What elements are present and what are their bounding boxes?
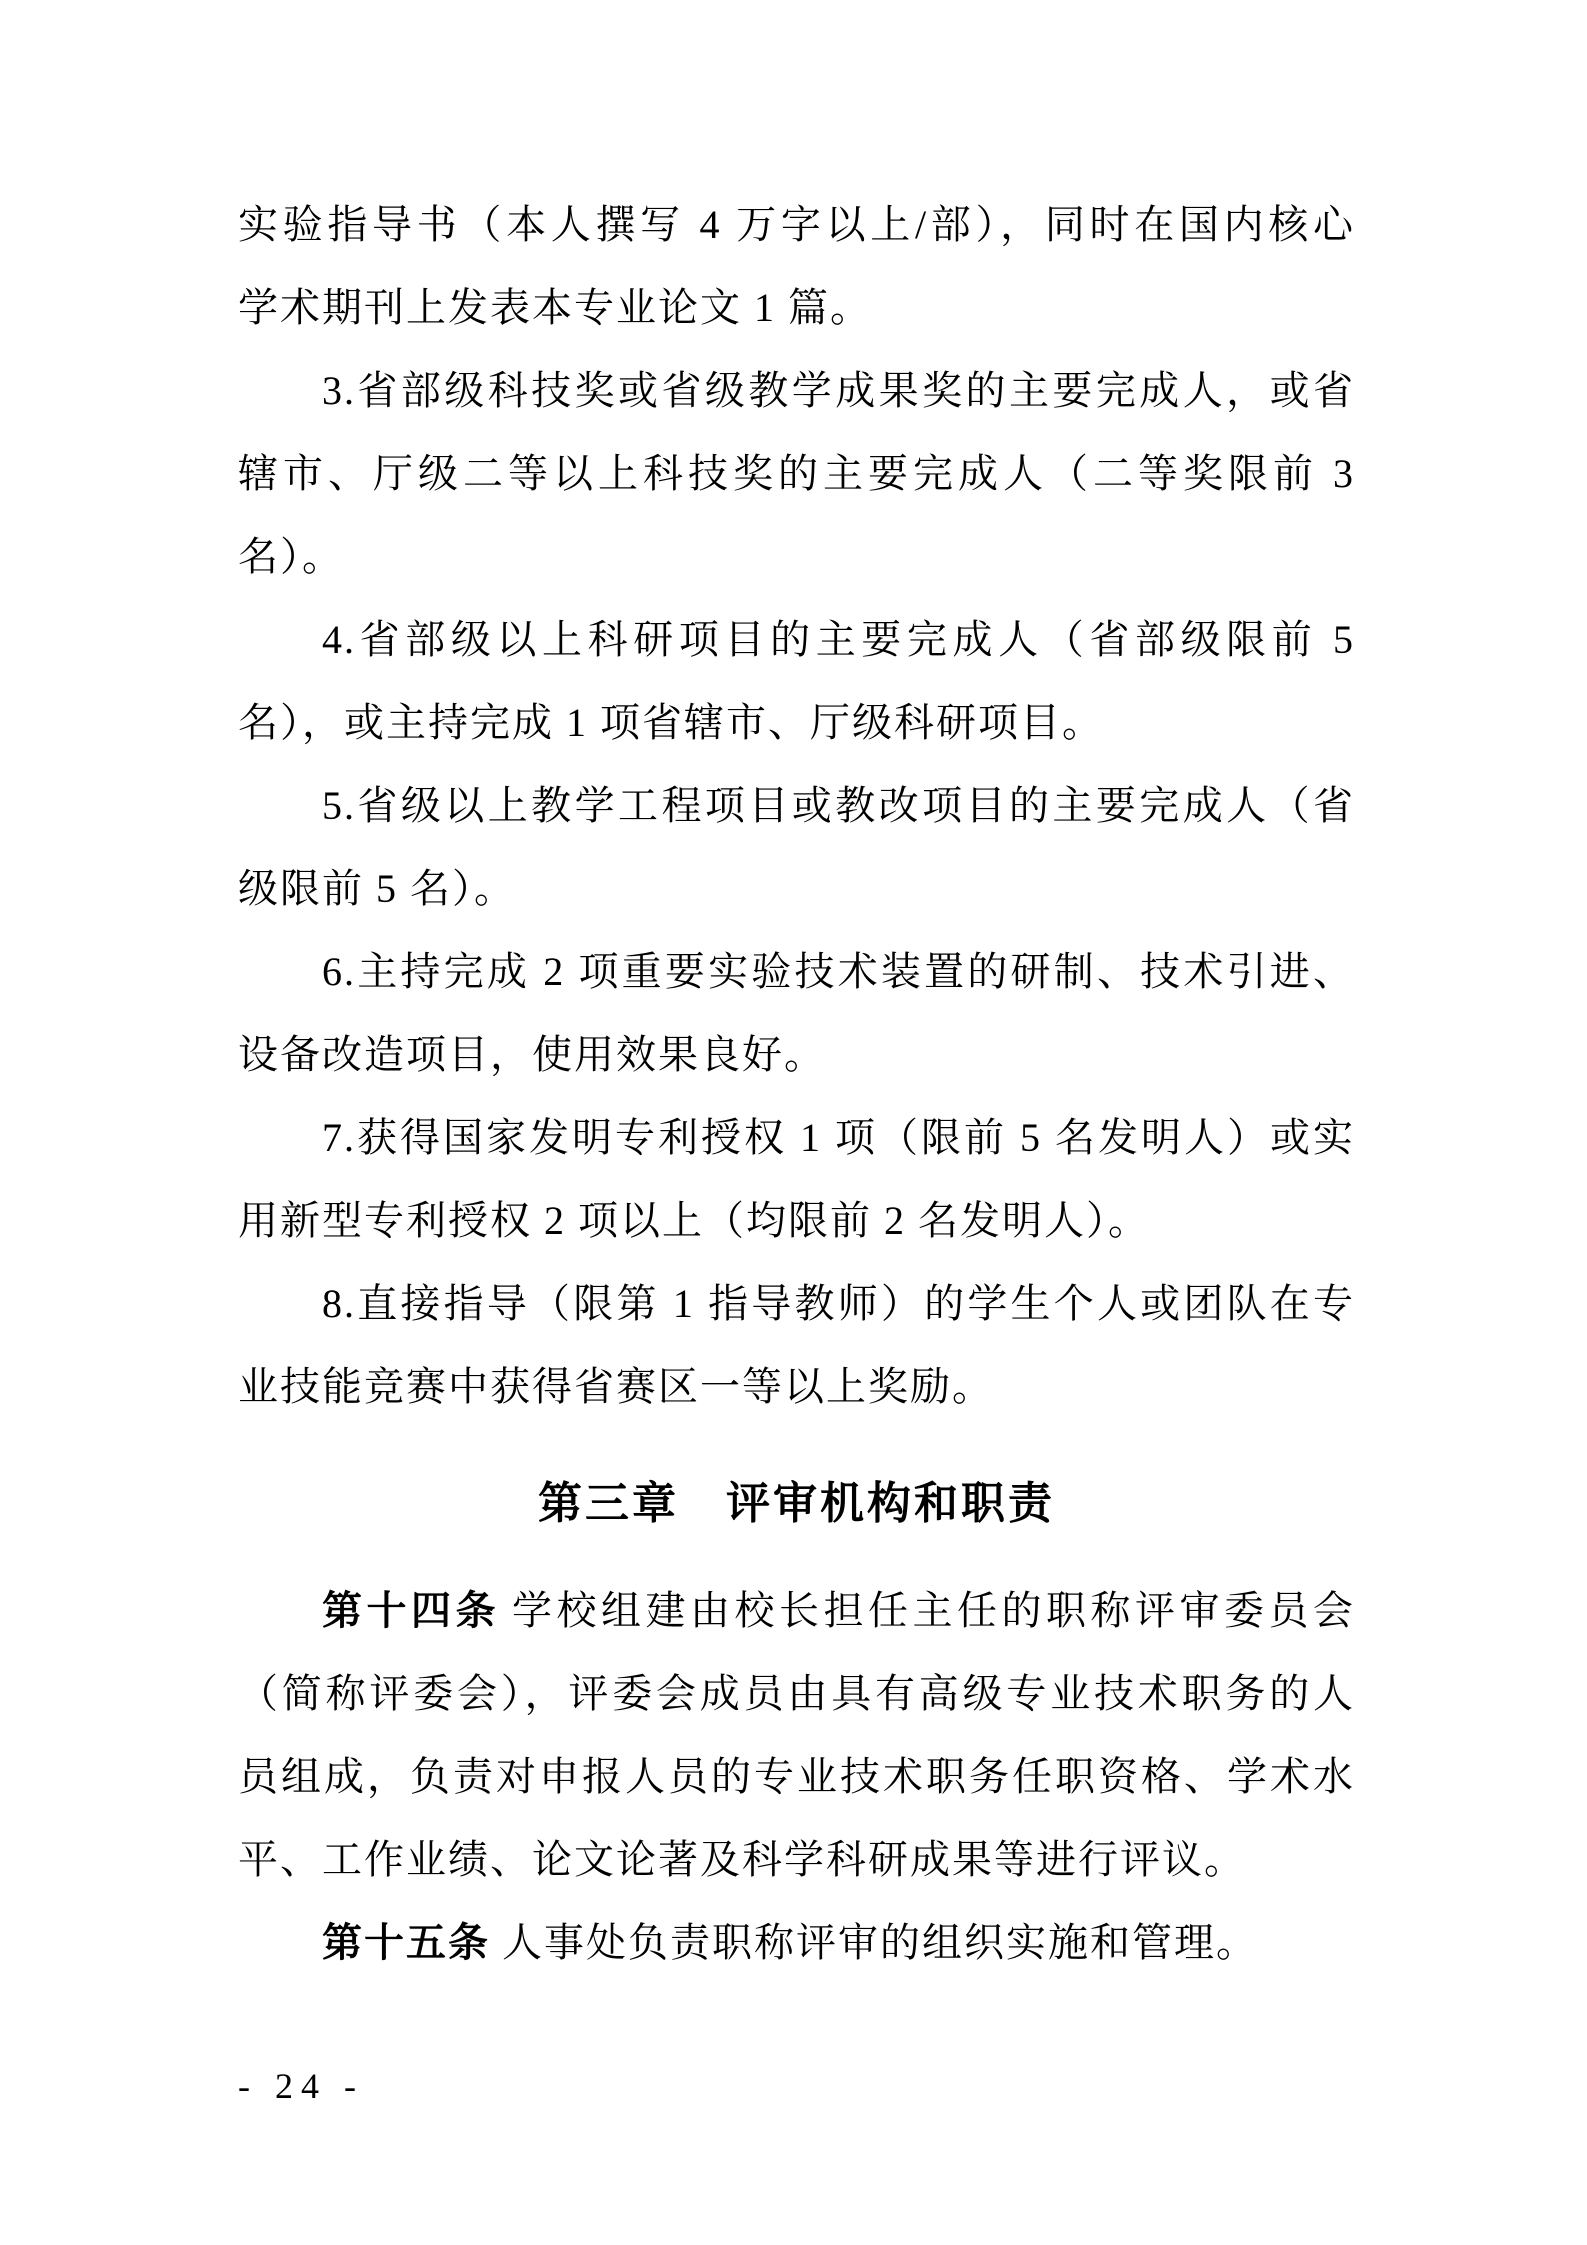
article-15-line-1: 第十五条人事处负责职称评审的组织实施和管理。 — [238, 1901, 1355, 1984]
article-14-label: 第十四条 — [322, 1588, 500, 1633]
list-item-8-line-1: 8.直接指导（限第 1 指导教师）的学生个人或团队在专 — [238, 1262, 1355, 1345]
chapter-heading: 第三章 评审机构和职责 — [238, 1462, 1355, 1545]
list-item-7-line-1: 7.获得国家发明专利授权 1 项（限前 5 名发明人）或实 — [238, 1096, 1355, 1179]
list-item-3-line-1: 3.省部级科技奖或省级教学成果奖的主要完成人，或省 — [238, 349, 1355, 432]
text-line: 学术期刊上发表本专业论文 1 篇。 — [238, 266, 1355, 349]
text-column: 实验指导书（本人撰写 4 万字以上/部），同时在国内核心 学术期刊上发表本专业论… — [238, 183, 1355, 1984]
article-14-line-2: （简称评委会），评委会成员由具有高级专业技术职务的人 — [238, 1652, 1355, 1735]
article-14-text: 学校组建由校长担任主任的职称评审委员会 — [512, 1588, 1355, 1633]
list-item-6-line-2: 设备改造项目，使用效果良好。 — [238, 1013, 1355, 1096]
list-item-7-line-2: 用新型专利授权 2 项以上（均限前 2 名发明人）。 — [238, 1179, 1355, 1262]
list-item-8-line-2: 业技能竞赛中获得省赛区一等以上奖励。 — [238, 1345, 1355, 1428]
list-item-4-line-1: 4.省部级以上科研项目的主要完成人（省部级限前 5 — [238, 598, 1355, 681]
list-item-3-line-3: 名）。 — [238, 515, 1355, 598]
article-14-line-1: 第十四条学校组建由校长担任主任的职称评审委员会 — [238, 1569, 1355, 1652]
article-15-label: 第十五条 — [322, 1920, 490, 1965]
article-14-line-3: 员组成，负责对申报人员的专业技术职务任职资格、学术水 — [238, 1735, 1355, 1818]
page-number: - 24 - — [238, 2062, 364, 2110]
list-item-5-line-2: 级限前 5 名）。 — [238, 847, 1355, 930]
document-page: 实验指导书（本人撰写 4 万字以上/部），同时在国内核心 学术期刊上发表本专业论… — [0, 0, 1587, 2245]
list-item-5-line-1: 5.省级以上教学工程项目或教改项目的主要完成人（省 — [238, 764, 1355, 847]
list-item-4-line-2: 名），或主持完成 1 项省辖市、厅级科研项目。 — [238, 681, 1355, 764]
article-14-line-4: 平、工作业绩、论文论著及科学科研成果等进行评议。 — [238, 1818, 1355, 1901]
list-item-6-line-1: 6.主持完成 2 项重要实验技术装置的研制、技术引进、 — [238, 930, 1355, 1013]
text-line: 实验指导书（本人撰写 4 万字以上/部），同时在国内核心 — [238, 183, 1355, 266]
article-15-text: 人事处负责职称评审的组织实施和管理。 — [502, 1920, 1258, 1965]
list-item-3-line-2: 辖市、厅级二等以上科技奖的主要完成人（二等奖限前 3 — [238, 432, 1355, 515]
